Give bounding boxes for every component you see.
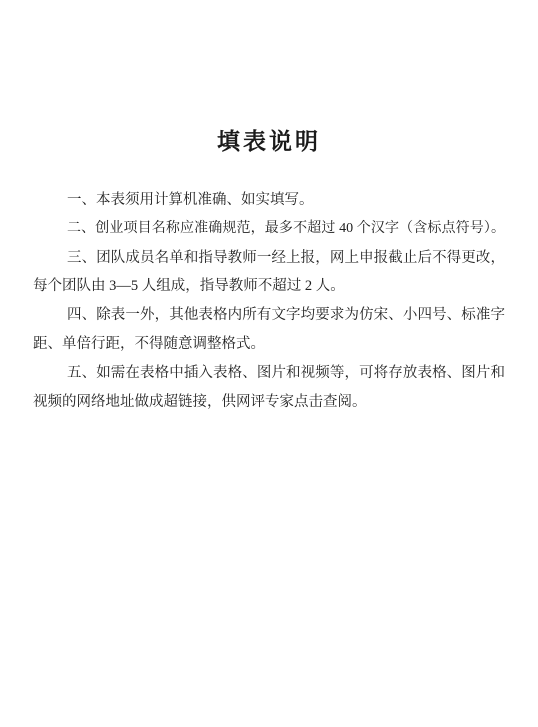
instruction-line-5: 四、除表一外，其他表格内所有文字均要求为仿宋、小四号、标准字 — [33, 301, 505, 330]
instruction-line-7: 五、如需在表格中插入表格、图片和视频等，可将存放表格、图片和 — [33, 359, 505, 388]
document-page: 填表说明 一、本表须用计算机准确、如实填写。 二、创业项目名称应准确规范，最多不… — [0, 0, 538, 727]
instruction-line-3: 三、团队成员名单和指导教师一经上报，网上申报截止后不得更改， — [33, 244, 505, 273]
instruction-line-6: 距、单倍行距，不得随意调整格式。 — [33, 330, 505, 359]
instruction-line-4: 每个团队由 3—5 人组成，指导教师不超过 2 人。 — [33, 272, 505, 301]
instruction-line-8: 视频的网络地址做成超链接，供网评专家点击查阅。 — [33, 388, 505, 417]
instruction-line-1: 一、本表须用计算机准确、如实填写。 — [33, 186, 505, 215]
instructions-body: 一、本表须用计算机准确、如实填写。 二、创业项目名称应准确规范，最多不超过 40… — [33, 186, 505, 416]
instruction-line-2: 二、创业项目名称应准确规范，最多不超过 40 个汉字（含标点符号）。 — [33, 215, 505, 244]
page-title: 填表说明 — [0, 128, 538, 154]
